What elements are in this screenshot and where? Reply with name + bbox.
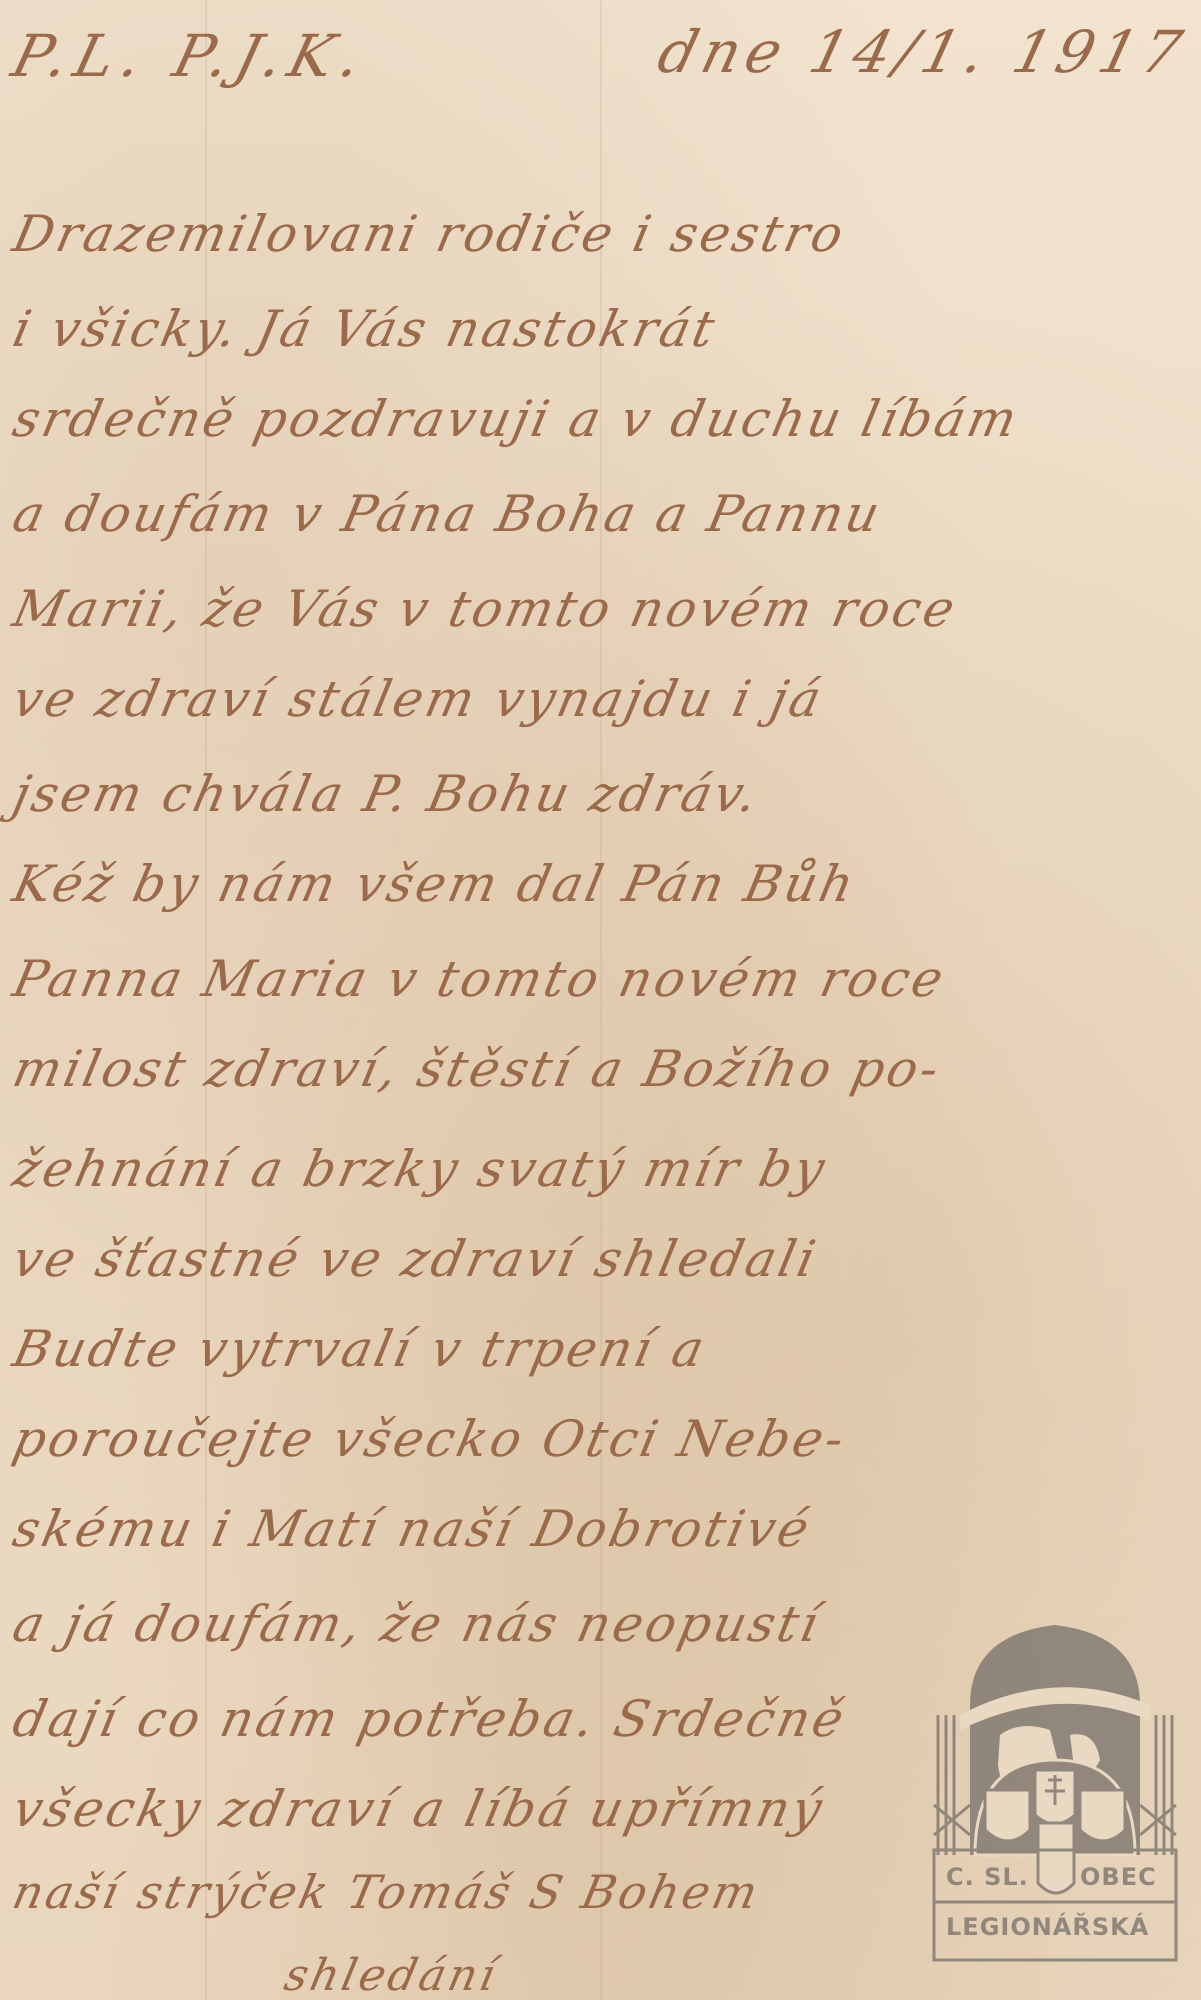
- letter-line: poroučejte všecko Otci Nebe-: [8, 1410, 1201, 1468]
- letter-line: i všicky. Já Vás nastokrát: [8, 300, 1201, 358]
- letter-line: žehnání a brzky svatý mír by: [8, 1140, 1201, 1198]
- letter-line: Panna Maria v tomto novém roce: [8, 950, 1201, 1008]
- letter-line: ve zdraví stálem vynajdu i já: [8, 670, 1201, 728]
- letter-line: Kéž by nám všem dal Pán Bůh: [8, 855, 1201, 913]
- stamp-text-csl: C. SL.: [946, 1863, 1029, 1891]
- letter-page: P.L. P.J.K. dne 14/1. 1917 Drazemilovani…: [0, 0, 1201, 2000]
- letter-line: milost zdraví, štěstí a Božího po-: [8, 1040, 1201, 1098]
- letter-date: dne 14/1. 1917: [652, 18, 1195, 86]
- legion-stamp: C. SL. OBEC LEGIONÁŘSKÁ: [930, 1595, 1180, 1970]
- letter-line: Budte vytrvalí v trpení a: [8, 1320, 1201, 1378]
- letter-line: ve šťastné ve zdraví shledali: [8, 1230, 1201, 1288]
- letter-line: srdečně pozdravuji a v duchu líbám: [8, 390, 1201, 448]
- letter-line: a doufám v Pána Boha a Pannu: [8, 485, 1201, 543]
- stamp-text-legionarska: LEGIONÁŘSKÁ: [946, 1913, 1149, 1941]
- letter-line: Drazemilovani rodiče i sestro: [8, 205, 1201, 263]
- letter-line: Marii, že Vás v tomto novém roce: [8, 580, 1201, 638]
- letter-salutation-abbrev: P.L. P.J.K.: [6, 22, 377, 90]
- stamp-text-obec: OBEC: [1080, 1863, 1157, 1891]
- letter-line: jsem chvála P. Bohu zdráv.: [8, 765, 1201, 823]
- letter-line: skému i Matí naší Dobrotivé: [8, 1500, 1201, 1558]
